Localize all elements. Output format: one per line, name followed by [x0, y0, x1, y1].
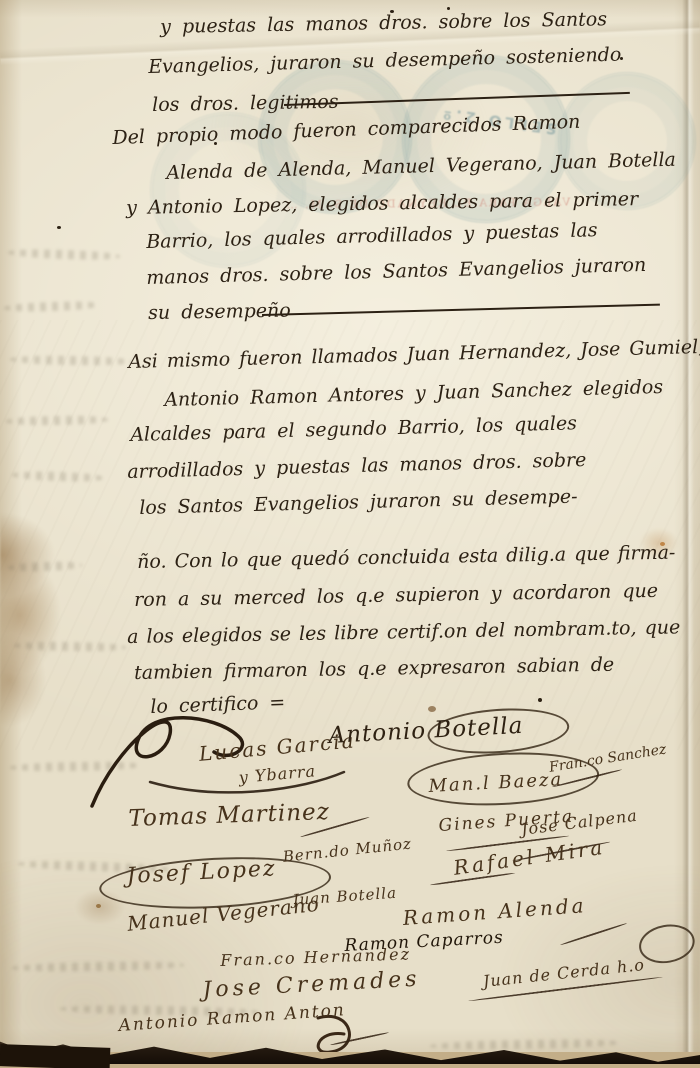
ink-speck: [620, 57, 623, 60]
signature-strokes-layer: [0, 0, 700, 1068]
ink-seal-stamp: [258, 60, 412, 214]
show-through-text: [8, 561, 82, 573]
notary-rubric-flourish: [0, 0, 700, 1068]
signature-flourish-stroke: [552, 769, 622, 788]
signature: Ramon Caparros: [344, 928, 504, 956]
ink-seal-stamp: [402, 55, 570, 223]
crease-line: [0, 19, 700, 66]
signature-flourish-oval: [406, 748, 600, 810]
manuscript-line: manos dros. sobre los Santos Evangelios …: [146, 254, 646, 289]
ink-specks-layer: [0, 0, 700, 1068]
show-through-text: [4, 300, 100, 312]
manuscript-line: Alcaldes para el segundo Barrio, los qua…: [130, 412, 577, 446]
show-through-text: [430, 1038, 620, 1050]
fold-crease: [682, 0, 694, 1068]
manuscript-line: Antonio Ramon Antores y Juan Sanchez ele…: [164, 376, 663, 411]
ink-speck: [390, 10, 394, 13]
signature-flourishes-layer: [0, 0, 700, 1068]
signature: Juan de Cerda h.o: [482, 955, 646, 991]
torn-bottom-edge: [0, 1036, 700, 1064]
signature-flourish-stroke: [446, 835, 569, 852]
show-through-text: [10, 355, 132, 366]
ink-speck: [96, 904, 101, 908]
signatures-layer: Lucas Garciay YbarraAntonio BotellaMan.l…: [0, 0, 700, 1068]
signature: Man.l Baeza: [428, 769, 564, 797]
signature: Manuel Vegerano: [126, 892, 321, 936]
signature: Jose Cremades: [202, 967, 421, 1003]
manuscript-line: a los elegidos se les libre certif.on de…: [127, 616, 680, 648]
ink-seal-stamp: [150, 112, 306, 268]
signature: Fran.co Sanchez: [548, 741, 667, 775]
signature: Juan Botella: [292, 884, 398, 909]
show-through-text: [60, 1004, 260, 1016]
manuscript-line: los Santos Evangelios juraron su desempe…: [139, 486, 578, 519]
signature: Bern.do Muñoz: [282, 834, 413, 865]
manuscript-line: lo certifico =: [150, 691, 286, 718]
signature-flourish-oval: [426, 704, 571, 758]
ink-rule: [262, 304, 660, 316]
signature-flourish-stroke: [512, 841, 611, 862]
ink-rules-layer: [0, 0, 700, 1068]
manuscript-line: arrodillados y puestas las manos dros. s…: [127, 449, 587, 483]
show-through-text: [12, 470, 104, 482]
body-text-layer: y puestas las manos dros. sobre los Sant…: [0, 0, 700, 1068]
signature-flourish-stroke: [468, 976, 663, 1002]
manuscript-line: y Antonio Lopez, elegidos alcaldes para …: [126, 188, 638, 219]
manuscript-line: Asi mismo fueron llamados Juan Hernandez…: [128, 336, 700, 373]
show-through-text: [14, 641, 126, 652]
signature: Rafael Mira: [452, 835, 607, 880]
signature-flourish-stroke: [560, 922, 627, 946]
seal-text: SELLO 2.º: [427, 102, 568, 139]
show-through-text: [12, 960, 184, 972]
show-through-text: [18, 859, 170, 873]
manuscript-line: ño. Con lo que quedó concluida esta dili…: [137, 542, 676, 573]
manuscript-line: Evangelios, juraron su desempeño sosteni…: [148, 44, 622, 78]
ink-speck: [428, 706, 436, 712]
ink-speck: [660, 542, 665, 546]
ink-rule: [284, 92, 630, 106]
signature-flourish-stroke: [430, 872, 515, 886]
manuscript-line: Del propio modo fueron comparecidos Ramo…: [112, 111, 581, 149]
signature: Ramon Alenda: [402, 893, 587, 930]
signature-flourish-oval: [636, 920, 698, 967]
ink-speck: [214, 142, 217, 145]
manuscript-line: su desempeño: [148, 300, 291, 324]
paper-texture: [0, 320, 700, 750]
signature-flourish-stroke: [330, 1032, 389, 1046]
page-under-edge: [0, 1052, 700, 1068]
signature: Antonio Botella: [328, 713, 524, 749]
print-through-text: VALGA PARA EL REYNADO DE S. M. …: [175, 194, 680, 212]
signature: y Ybarra: [238, 761, 317, 787]
water-stain: [0, 0, 700, 1068]
show-through-text: [10, 761, 142, 772]
show-through-text: [6, 415, 108, 426]
signature: Josef Lopez: [126, 856, 277, 889]
ink-speck: [404, 553, 407, 556]
ink-speck: [447, 7, 450, 10]
signature-flourish-stroke: [300, 816, 370, 838]
signature: Gines Puerta: [438, 807, 575, 836]
signature: Antonio Ramon Anton: [118, 1000, 346, 1036]
signature: Fran.co Hernandez: [220, 944, 411, 970]
ink-speck: [57, 226, 61, 229]
manuscript-line: Alenda de Alenda, Manuel Vegerano, Juan …: [166, 149, 676, 184]
manuscript-line: los dros. legitimos: [152, 91, 339, 116]
manuscript-page: SELLO 2.º VALGA PARA EL REYNADO DE S. M.…: [0, 0, 700, 1068]
manuscript-line: ron a su merced los q.e supieron y acord…: [134, 580, 658, 611]
manuscript-line: Barrio, los quales arrodillados y puesta…: [146, 219, 598, 253]
signature: Tomas Martinez: [128, 799, 330, 832]
manuscript-line: tambien firmaron los q.e expresaron sabi…: [134, 654, 614, 684]
show-through-text: [8, 248, 120, 261]
manuscript-line: y puestas las manos dros. sobre los Sant…: [160, 8, 607, 38]
signature: Lucas Garcia: [198, 728, 356, 766]
signature: Jose Calpena: [520, 806, 639, 839]
torn-corner: [0, 1044, 110, 1068]
ink-speck: [538, 698, 542, 702]
ink-seal-stamp: [558, 72, 696, 210]
signature-flourish-oval: [98, 852, 332, 914]
